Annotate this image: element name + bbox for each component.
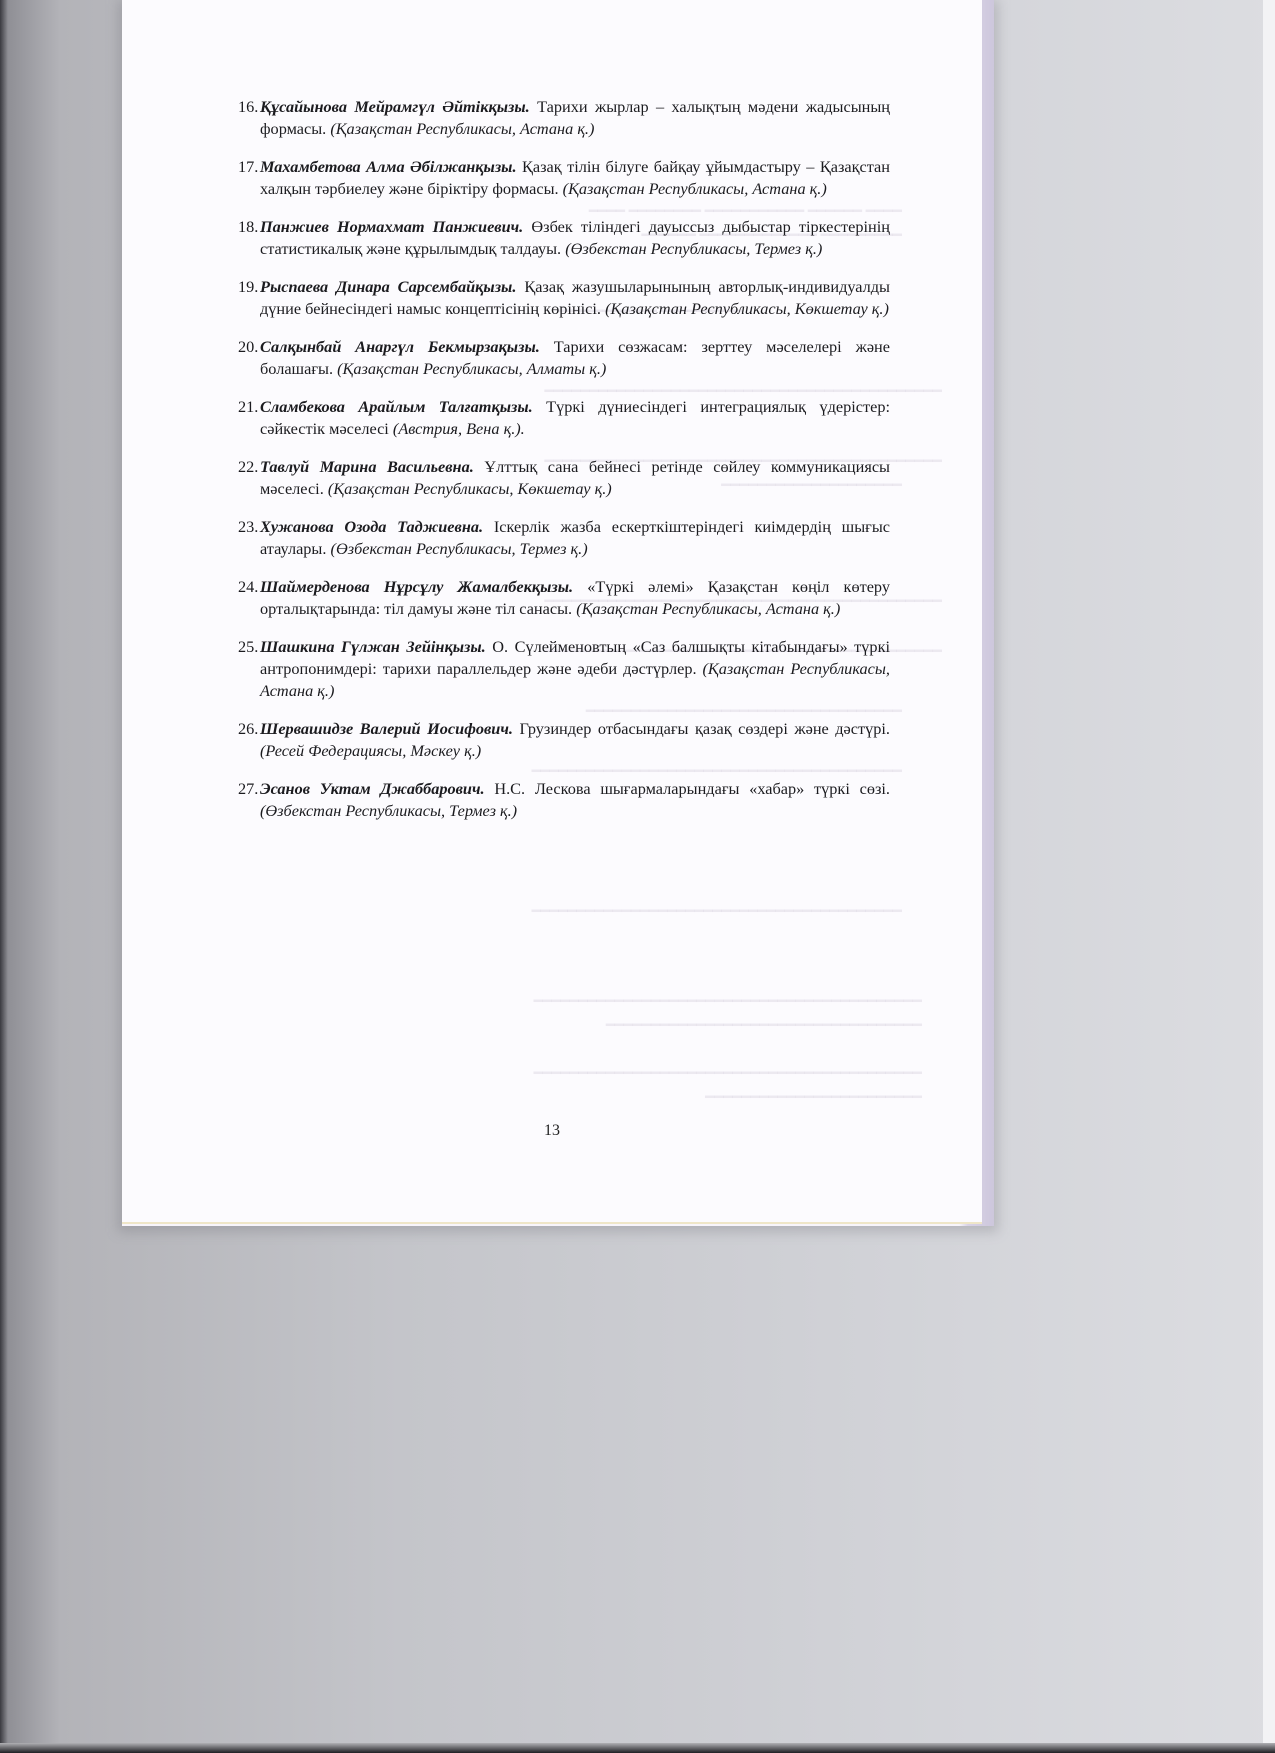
item-number: 18. <box>238 216 260 260</box>
scanner-bottom-edge <box>0 1743 1275 1753</box>
author-location: (Өзбекстан Республикасы, Термез қ.) <box>260 801 517 820</box>
author-location: (Өзбекстан Республикасы, Термез қ.) <box>331 539 588 558</box>
author-name: Тавлуй Марина Васильевна. <box>260 457 474 476</box>
paper-title: Н.С. Лескова шығармаларындағы «хабар» тү… <box>494 779 890 798</box>
author-name: Эсанов Уктам Джаббарович. <box>260 779 485 798</box>
author-location: (Қазақстан Республикасы, Астана қ.) <box>563 179 827 198</box>
list-item: 18. Панжиев Нормахмат Панжиевич. Өзбек т… <box>238 216 890 260</box>
item-number: 19. <box>238 276 260 320</box>
page-number: 13 <box>122 1122 982 1140</box>
author-name: Панжиев Нормахмат Панжиевич. <box>260 217 523 236</box>
author-name: Шаймерденова Нұрсұлу Жамалбекқызы. <box>260 577 573 596</box>
item-number: 20. <box>238 336 260 380</box>
author-location: (Қазақстан Республикасы, Көкшетау қ.) <box>328 479 612 498</box>
list-item: 22. Тавлуй Марина Васильевна. Ұлттық сан… <box>238 456 890 500</box>
author-location: (Ресей Федерациясы, Мәскеу қ.) <box>260 741 481 760</box>
list-item: 25. Шашкина Гүлжан Зейінқызы. О. Сүлейме… <box>238 636 890 702</box>
document-page: ━━━━ ━━━━━━ ━━━━━━━━━━━ ━━━━━━━━ ━━━━ ━━… <box>122 0 982 1224</box>
author-location: (Қазақстан Республикасы, Астана қ.) <box>330 119 594 138</box>
list-item: 19. Рыспаева Динара Сарсембайқызы. Қазақ… <box>238 276 890 320</box>
participants-list: 16. Құсайынова Мейрамгүл Әйтікқызы. Тари… <box>238 96 890 838</box>
item-number: 26. <box>238 718 260 762</box>
author-location: (Қазақстан Республикасы, Көкшетау қ.) <box>605 299 889 318</box>
paper-title: Грузиндер отбасындағы қазақ сөздері және… <box>519 719 890 738</box>
author-name: Махамбетова Алма Әбілжанқызы. <box>260 157 517 176</box>
list-item: 26. Шервашидзе Валерий Иосифович. Грузин… <box>238 718 890 762</box>
item-number: 24. <box>238 576 260 620</box>
scanner-edge <box>1263 0 1275 1753</box>
list-item: 24. Шаймерденова Нұрсұлу Жамалбекқызы. «… <box>238 576 890 620</box>
item-number: 21. <box>238 396 260 440</box>
list-item: 23. Хужанова Озода Таджиевна. Іскерлік ж… <box>238 516 890 560</box>
author-name: Шашкина Гүлжан Зейінқызы. <box>260 637 486 656</box>
item-number: 17. <box>238 156 260 200</box>
author-name: Шервашидзе Валерий Иосифович. <box>260 719 513 738</box>
author-name: Хужанова Озода Таджиевна. <box>260 517 483 536</box>
item-number: 27. <box>238 778 260 822</box>
list-item: 27. Эсанов Уктам Джаббарович. Н.С. Леско… <box>238 778 890 822</box>
list-item: 21. Сламбекова Арайлым Талғатқызы. Түркі… <box>238 396 890 440</box>
list-item: 17. Махамбетова Алма Әбілжанқызы. Қазақ … <box>238 156 890 200</box>
author-location: (Қазақстан Республикасы, Астана қ.) <box>576 599 840 618</box>
author-location: (Австрия, Вена қ.). <box>393 419 525 438</box>
author-name: Рыспаева Динара Сарсембайқызы. <box>260 277 516 296</box>
item-number: 25. <box>238 636 260 702</box>
author-location: (Өзбекстан Республикасы, Термез қ.) <box>565 239 822 258</box>
author-name: Салқынбай Анаргүл Бекмырзақызы. <box>260 337 540 356</box>
author-name: Сламбекова Арайлым Талғатқызы. <box>260 397 533 416</box>
author-name: Құсайынова Мейрамгүл Әйтікқызы. <box>260 97 530 116</box>
author-location: (Қазақстан Республикасы, Алматы қ.) <box>337 359 606 378</box>
list-item: 20. Салқынбай Анаргүл Бекмырзақызы. Тари… <box>238 336 890 380</box>
item-number: 22. <box>238 456 260 500</box>
item-number: 23. <box>238 516 260 560</box>
list-item: 16. Құсайынова Мейрамгүл Әйтікқызы. Тари… <box>238 96 890 140</box>
item-number: 16. <box>238 96 260 140</box>
